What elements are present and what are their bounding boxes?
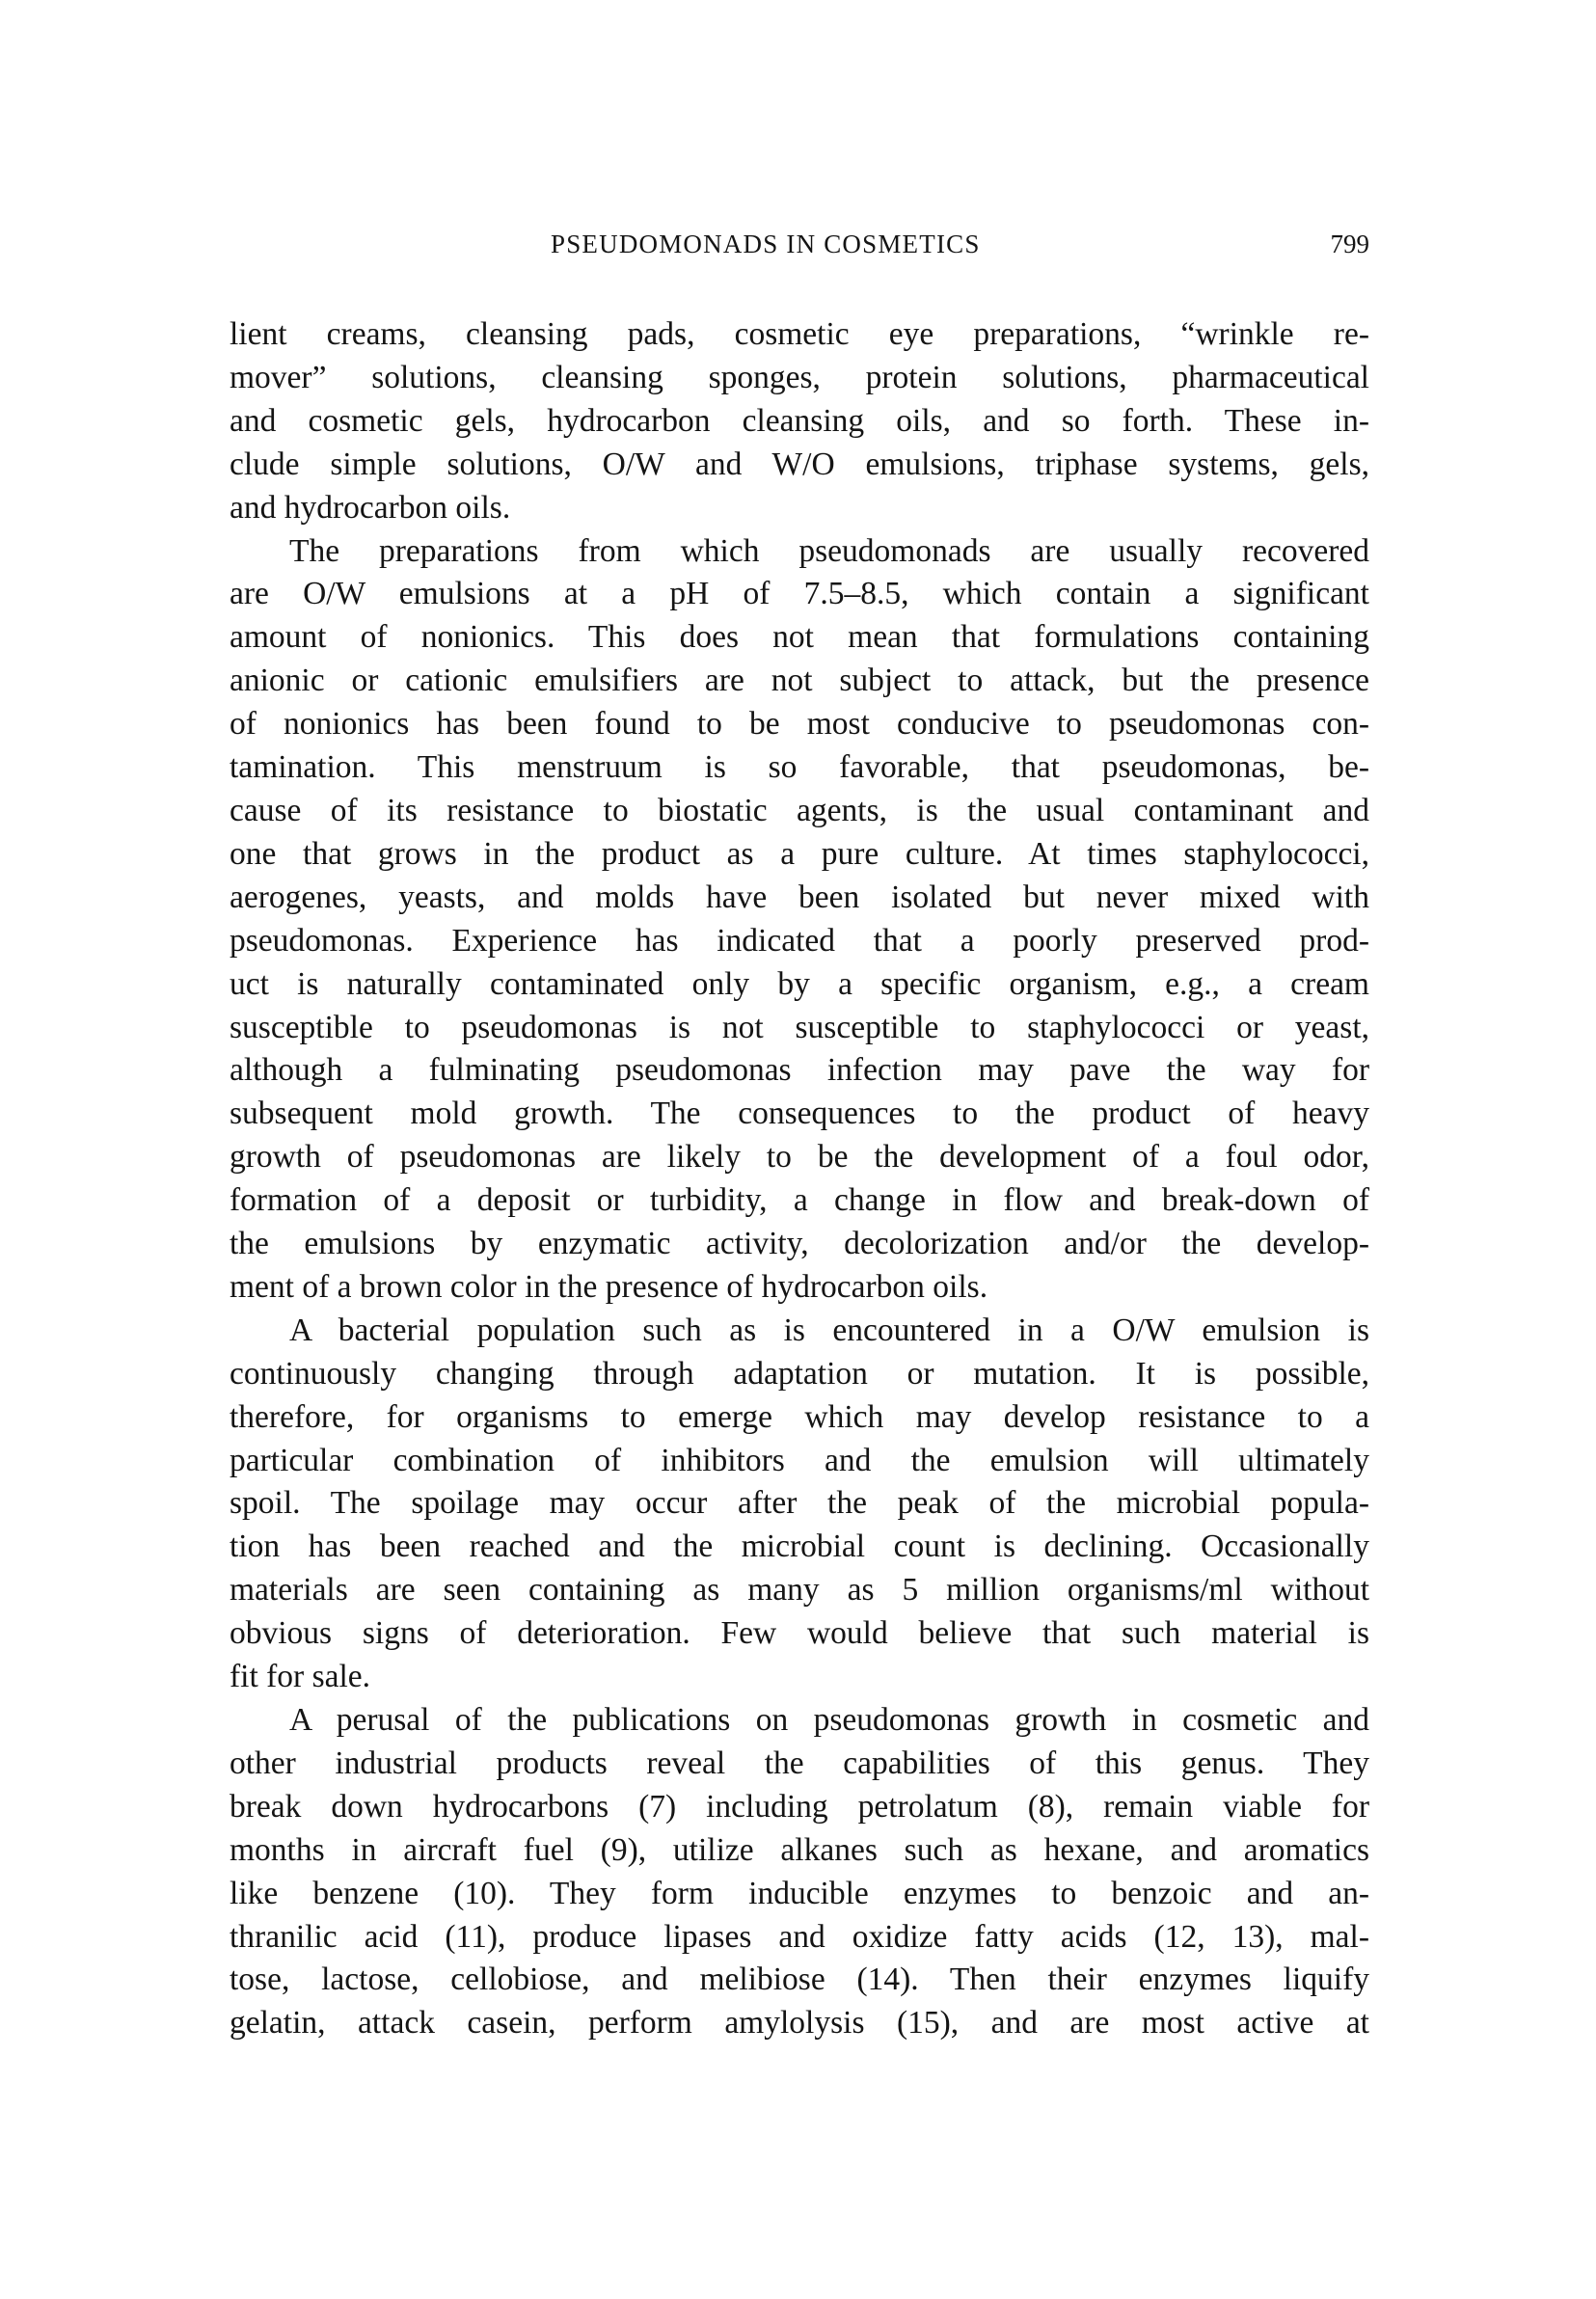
text-line: continuously changing through adaptation…: [230, 1353, 1369, 1396]
text-line: other industrial products reveal the cap…: [230, 1743, 1369, 1786]
paragraph-preparations: The preparations from which pseudomonads…: [230, 530, 1369, 1310]
text-line: susceptible to pseudomonas is not suscep…: [230, 1007, 1369, 1050]
text-line: fit for sale.: [230, 1656, 1369, 1699]
text-line: clude simple solutions, O/W and W/O emul…: [230, 444, 1369, 487]
text-line: the emulsions by enzymatic activity, dec…: [230, 1223, 1369, 1266]
text-line: one that grows in the product as a pure …: [230, 833, 1369, 877]
text-line: particular combination of inhibitors and…: [230, 1440, 1369, 1483]
text-line: of nonionics has been found to be most c…: [230, 703, 1369, 746]
text-line: thranilic acid (11), produce lipases and…: [230, 1916, 1369, 1960]
text-line: tamination. This menstruum is so favorab…: [230, 746, 1369, 790]
text-line: aerogenes, yeasts, and molds have been i…: [230, 877, 1369, 920]
text-line: A perusal of the publications on pseudom…: [230, 1699, 1369, 1743]
text-line: tion has been reached and the microbial …: [230, 1526, 1369, 1569]
text-line: A bacterial population such as is encoun…: [230, 1310, 1369, 1353]
text-line: amount of nonionics. This does not mean …: [230, 616, 1369, 660]
text-line: gelatin, attack casein, perform amylolys…: [230, 2002, 1369, 2045]
text-line: and cosmetic gels, hydrocarbon cleansing…: [230, 400, 1369, 444]
running-title: PSEUDOMONADS IN COSMETICS: [551, 228, 981, 260]
text-line: pseudomonas. Experience has indicated th…: [230, 920, 1369, 963]
text-line: are O/W emulsions at a pH of 7.5–8.5, wh…: [230, 573, 1369, 616]
document-page: PSEUDOMONADS IN COSMETICS 799 lient crea…: [0, 0, 1596, 2299]
body-text: lient creams, cleansing pads, cosmetic e…: [230, 313, 1369, 2045]
text-line: cause of its resistance to biostatic age…: [230, 790, 1369, 833]
text-line: mover” solutions, cleansing sponges, pro…: [230, 357, 1369, 400]
text-line: break down hydrocarbons (7) including pe…: [230, 1786, 1369, 1829]
text-line: like benzene (10). They form inducible e…: [230, 1873, 1369, 1916]
text-line: therefore, for organisms to emerge which…: [230, 1396, 1369, 1440]
paragraph-product-types: lient creams, cleansing pads, cosmetic e…: [230, 313, 1369, 530]
text-line: ment of a brown color in the presence of…: [230, 1266, 1369, 1310]
text-line: lient creams, cleansing pads, cosmetic e…: [230, 313, 1369, 357]
text-line: although a fulminating pseudomonas infec…: [230, 1049, 1369, 1093]
text-line: spoil. The spoilage may occur after the …: [230, 1482, 1369, 1526]
page-number: 799: [1331, 228, 1370, 260]
text-line: anionic or cationic emulsifiers are not …: [230, 660, 1369, 703]
text-line: obvious signs of deterioration. Few woul…: [230, 1612, 1369, 1656]
text-line: and hydrocarbon oils.: [230, 487, 1369, 530]
paragraph-bacterial-population: A bacterial population such as is encoun…: [230, 1310, 1369, 1699]
paragraph-publications: A perusal of the publications on pseudom…: [230, 1699, 1369, 2045]
text-line: materials are seen containing as many as…: [230, 1569, 1369, 1612]
text-line: tose, lactose, cellobiose, and melibiose…: [230, 1959, 1369, 2002]
text-line: uct is naturally contaminated only by a …: [230, 963, 1369, 1007]
text-line: subsequent mold growth. The consequences…: [230, 1093, 1369, 1136]
running-head: PSEUDOMONADS IN COSMETICS 799: [230, 228, 1369, 260]
text-line: formation of a deposit or turbidity, a c…: [230, 1179, 1369, 1223]
text-line: months in aircraft fuel (9), utilize alk…: [230, 1829, 1369, 1873]
text-line: growth of pseudomonas are likely to be t…: [230, 1136, 1369, 1179]
text-line: The preparations from which pseudomonads…: [230, 530, 1369, 574]
